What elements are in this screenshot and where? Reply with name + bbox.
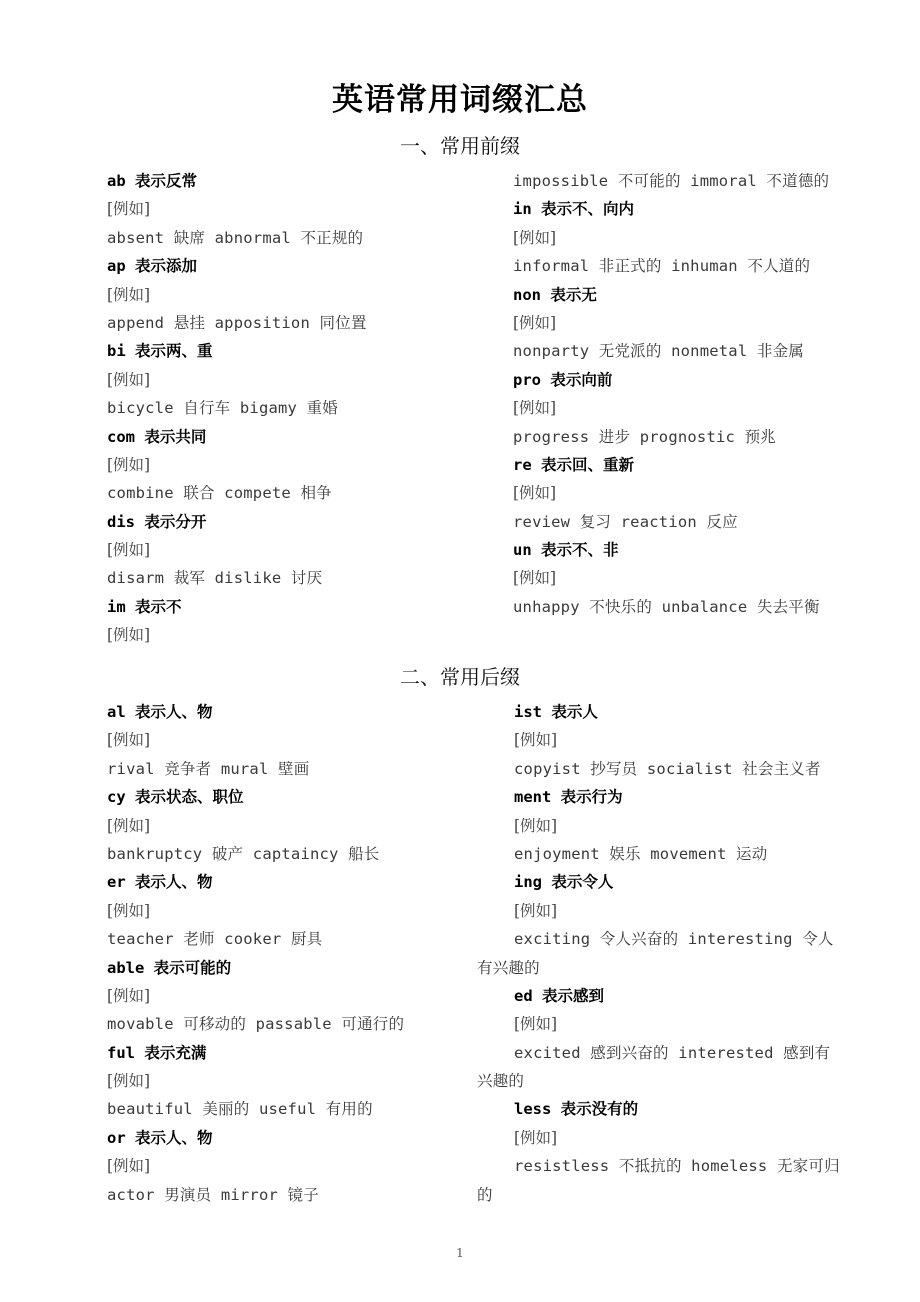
prefix-entry-heading: non 表示无 <box>513 281 829 309</box>
example-text: bankruptcy 破产 captaincy 船长 <box>107 840 404 868</box>
example-text: review 复习 reaction 反应 <box>513 508 829 536</box>
document-title: 英语常用词缀汇总 <box>0 74 920 119</box>
example-text: append 悬挂 apposition 同位置 <box>107 309 367 337</box>
example-text: bicycle 自行车 bigamy 重婚 <box>107 394 367 422</box>
example-text-wrap: 兴趣的 <box>477 1067 840 1095</box>
example-label: [例如] <box>107 536 367 564</box>
suffix-entry-heading: er 表示人、物 <box>107 868 404 896</box>
prefix-column-right: impossible 不可能的 immoral 不道德的 in 表示不、向内 [… <box>513 167 829 621</box>
example-label: [例如] <box>477 812 840 840</box>
example-text: teacher 老师 cooker 厨具 <box>107 925 404 953</box>
prefix-entry-heading: in 表示不、向内 <box>513 195 829 223</box>
example-label: [例如] <box>107 897 404 925</box>
example-label: [例如] <box>107 1067 404 1095</box>
prefix-entry-heading: pro 表示向前 <box>513 366 829 394</box>
suffix-entry-heading: ing 表示令人 <box>477 868 840 896</box>
example-text: absent 缺席 abnormal 不正规的 <box>107 224 367 252</box>
example-label: [例如] <box>107 1152 404 1180</box>
example-text-wrap: 的 <box>477 1181 840 1209</box>
suffix-entry-heading: less 表示没有的 <box>477 1095 840 1123</box>
prefix-entry-heading: ab 表示反常 <box>107 167 367 195</box>
example-text: copyist 抄写员 socialist 社会主义者 <box>477 755 840 783</box>
example-text: disarm 裁军 dislike 讨厌 <box>107 564 367 592</box>
example-label: [例如] <box>477 726 840 754</box>
example-label: [例如] <box>107 281 367 309</box>
example-label: [例如] <box>477 897 840 925</box>
prefix-entry-heading: ap 表示添加 <box>107 252 367 280</box>
suffix-entry-heading: able 表示可能的 <box>107 954 404 982</box>
example-label: [例如] <box>107 366 367 394</box>
example-label: [例如] <box>107 982 404 1010</box>
prefix-entry-heading: un 表示不、非 <box>513 536 829 564</box>
suffix-column-right: ist 表示人 [例如] copyist 抄写员 socialist 社会主义者… <box>477 698 840 1209</box>
suffix-entry-heading: ful 表示充满 <box>107 1039 404 1067</box>
page-number: 1 <box>0 1246 920 1260</box>
example-label: [例如] <box>513 224 829 252</box>
suffix-entry-heading: ment 表示行为 <box>477 783 840 811</box>
section-heading-suffixes: 二、常用后缀 <box>0 661 920 690</box>
example-text: resistless 不抵抗的 homeless 无家可归 <box>477 1152 840 1180</box>
suffix-entry-heading: cy 表示状态、职位 <box>107 783 404 811</box>
suffix-entry-heading: or 表示人、物 <box>107 1124 404 1152</box>
section-heading-prefixes: 一、常用前缀 <box>0 130 920 159</box>
example-text: progress 进步 prognostic 预兆 <box>513 423 829 451</box>
prefix-column-left: ab 表示反常 [例如] absent 缺席 abnormal 不正规的 ap … <box>107 167 367 650</box>
example-label: [例如] <box>477 1010 840 1038</box>
example-label: [例如] <box>513 564 829 592</box>
example-label: [例如] <box>107 195 367 223</box>
suffix-entry-heading: al 表示人、物 <box>107 698 404 726</box>
example-text: excited 感到兴奋的 interested 感到有 <box>477 1039 840 1067</box>
prefix-entry-heading: bi 表示两、重 <box>107 337 367 365</box>
example-text: nonparty 无党派的 nonmetal 非金属 <box>513 337 829 365</box>
example-text-wrap: 有兴趣的 <box>477 954 840 982</box>
example-label: [例如] <box>107 726 404 754</box>
suffix-entry-heading: ed 表示感到 <box>477 982 840 1010</box>
example-label: [例如] <box>513 479 829 507</box>
example-text: informal 非正式的 inhuman 不人道的 <box>513 252 829 280</box>
prefix-entry-heading: im 表示不 <box>107 593 367 621</box>
example-label: [例如] <box>107 621 367 649</box>
example-text: actor 男演员 mirror 镜子 <box>107 1181 404 1209</box>
example-text-continued: impossible 不可能的 immoral 不道德的 <box>513 167 829 195</box>
example-text: unhappy 不快乐的 unbalance 失去平衡 <box>513 593 829 621</box>
prefix-entry-heading: dis 表示分开 <box>107 508 367 536</box>
example-text: combine 联合 compete 相争 <box>107 479 367 507</box>
example-text: movable 可移动的 passable 可通行的 <box>107 1010 404 1038</box>
example-label: [例如] <box>107 812 404 840</box>
prefix-entry-heading: re 表示回、重新 <box>513 451 829 479</box>
example-text: rival 竞争者 mural 壁画 <box>107 755 404 783</box>
example-label: [例如] <box>513 394 829 422</box>
example-text: enjoyment 娱乐 movement 运动 <box>477 840 840 868</box>
example-label: [例如] <box>513 309 829 337</box>
suffix-column-left: al 表示人、物 [例如] rival 竞争者 mural 壁画 cy 表示状态… <box>107 698 404 1209</box>
example-text: exciting 令人兴奋的 interesting 令人 <box>477 925 840 953</box>
prefix-entry-heading: com 表示共同 <box>107 423 367 451</box>
example-label: [例如] <box>107 451 367 479</box>
example-text: beautiful 美丽的 useful 有用的 <box>107 1095 404 1123</box>
suffix-entry-heading: ist 表示人 <box>477 698 840 726</box>
example-label: [例如] <box>477 1124 840 1152</box>
